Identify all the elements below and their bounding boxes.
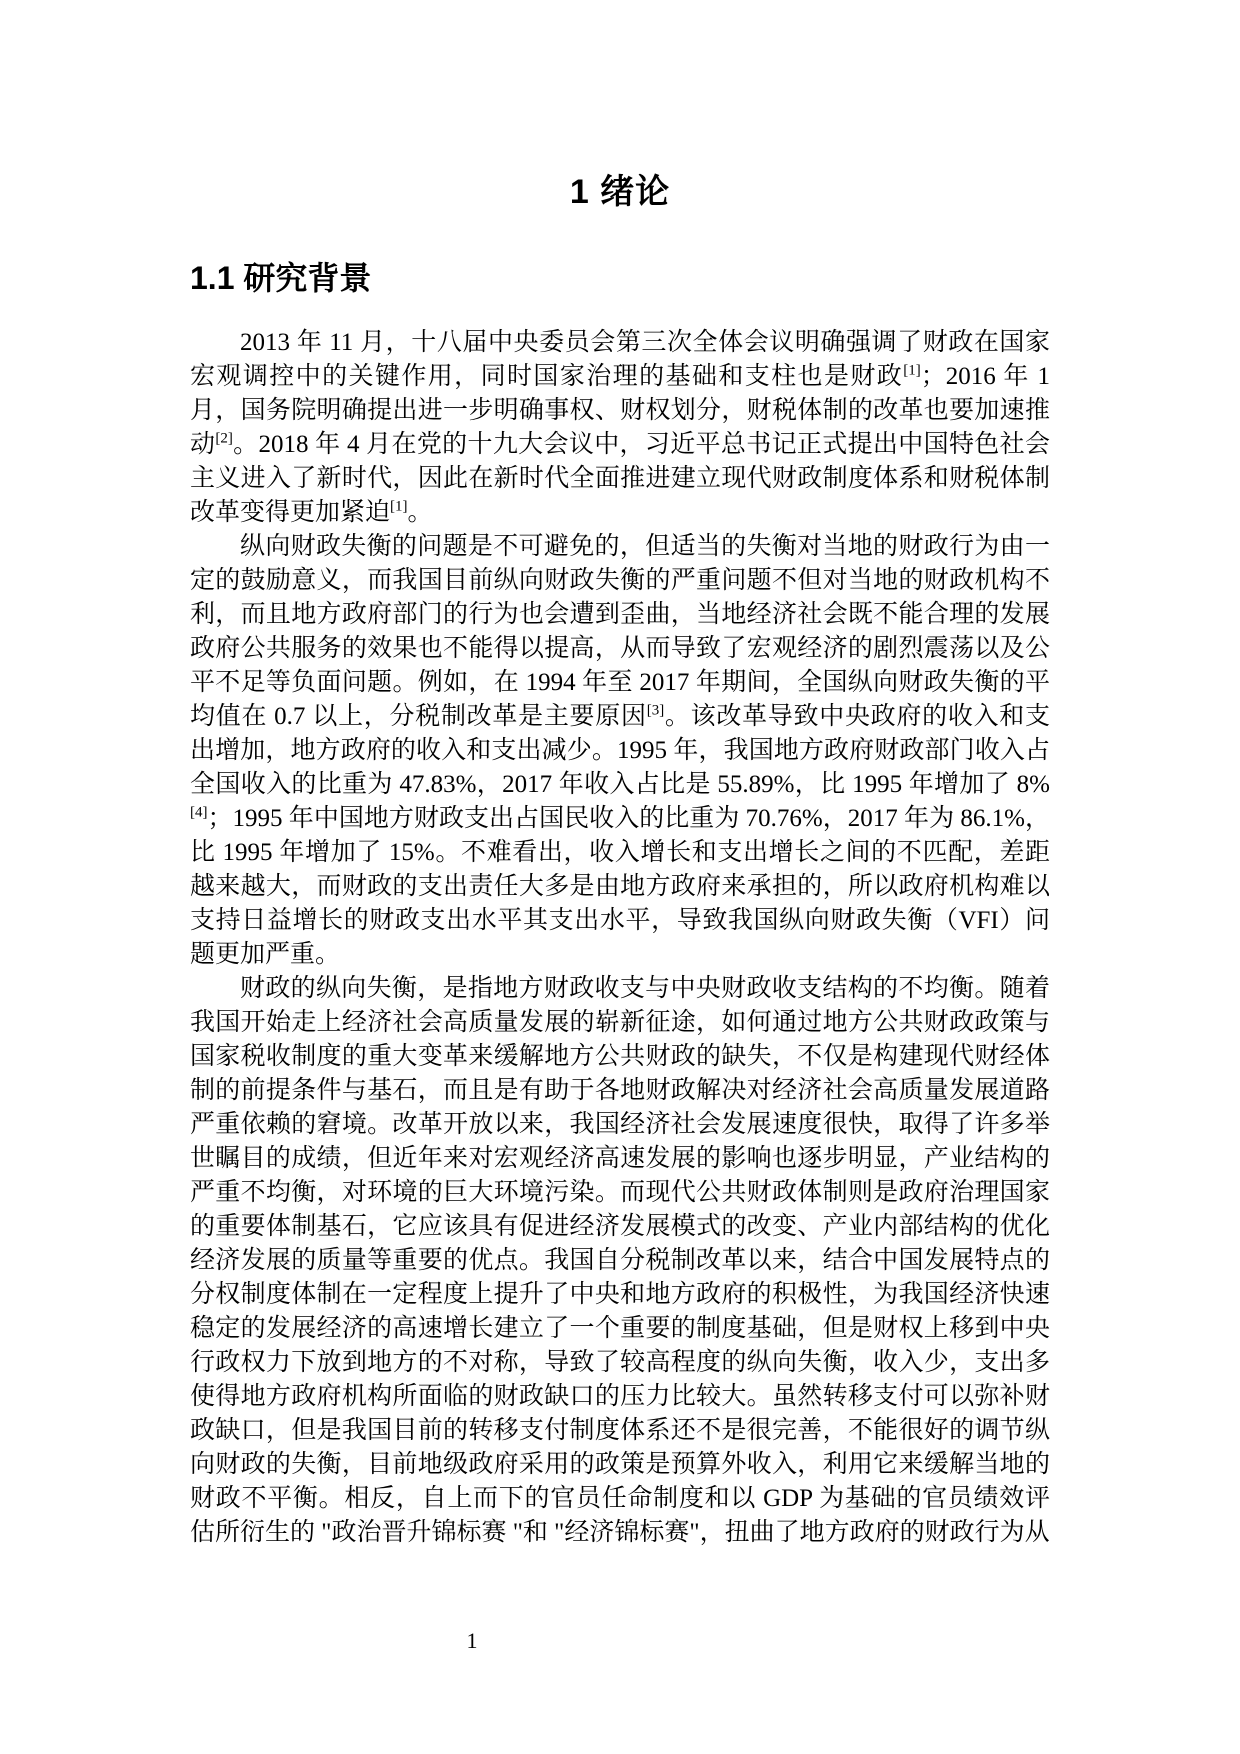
citation-superscript: [2] bbox=[215, 431, 233, 447]
citation-superscript: [4] bbox=[190, 805, 208, 821]
body-paragraph: 财政的纵向失衡，是指地方财政收支与中央财政收支结构的不均衡。随着我国开始走上经济… bbox=[190, 972, 1050, 1550]
citation-superscript: [3] bbox=[647, 703, 665, 719]
paragraph-text: 纵向财政失衡的问题是不可避免的，但适当的失衡对当地的财政行为由一定的鼓励意义，而… bbox=[190, 533, 1050, 730]
citation-superscript: [1] bbox=[390, 499, 408, 515]
chapter-title: 1 绪论 bbox=[190, 0, 1050, 214]
body-paragraph: 纵向财政失衡的问题是不可避免的，但适当的失衡对当地的财政行为由一定的鼓励意义，而… bbox=[190, 530, 1050, 972]
body-paragraph: 2013 年 11 月，十八届中央委员会第三次全体会议明确强调了财政在国家宏观调… bbox=[190, 326, 1050, 530]
section-heading: 1.1 研究背景 bbox=[190, 258, 1050, 298]
page-number: 1 bbox=[412, 1628, 532, 1654]
paragraph-text: 。2018 年 4 月在党的十九大会议中，习近平总书记正式提出中国特色社会主义进… bbox=[190, 431, 1050, 526]
body-text: 2013 年 11 月，十八届中央委员会第三次全体会议明确强调了财政在国家宏观调… bbox=[190, 326, 1050, 1550]
document-page: 1 绪论 1.1 研究背景 2013 年 11 月，十八届中央委员会第三次全体会… bbox=[0, 0, 1240, 1754]
paragraph-text: ；1995 年中国地方财政支出占国民收入的比重为 70.76%，2017 年为 … bbox=[190, 805, 1050, 968]
text-column: 1 绪论 1.1 研究背景 2013 年 11 月，十八届中央委员会第三次全体会… bbox=[190, 0, 1050, 1550]
citation-superscript: [1] bbox=[903, 363, 921, 379]
paragraph-text: 。 bbox=[408, 499, 433, 526]
paragraph-text: 财政的纵向失衡，是指地方财政收支与中央财政收支结构的不均衡。随着我国开始走上经济… bbox=[190, 975, 1050, 1546]
